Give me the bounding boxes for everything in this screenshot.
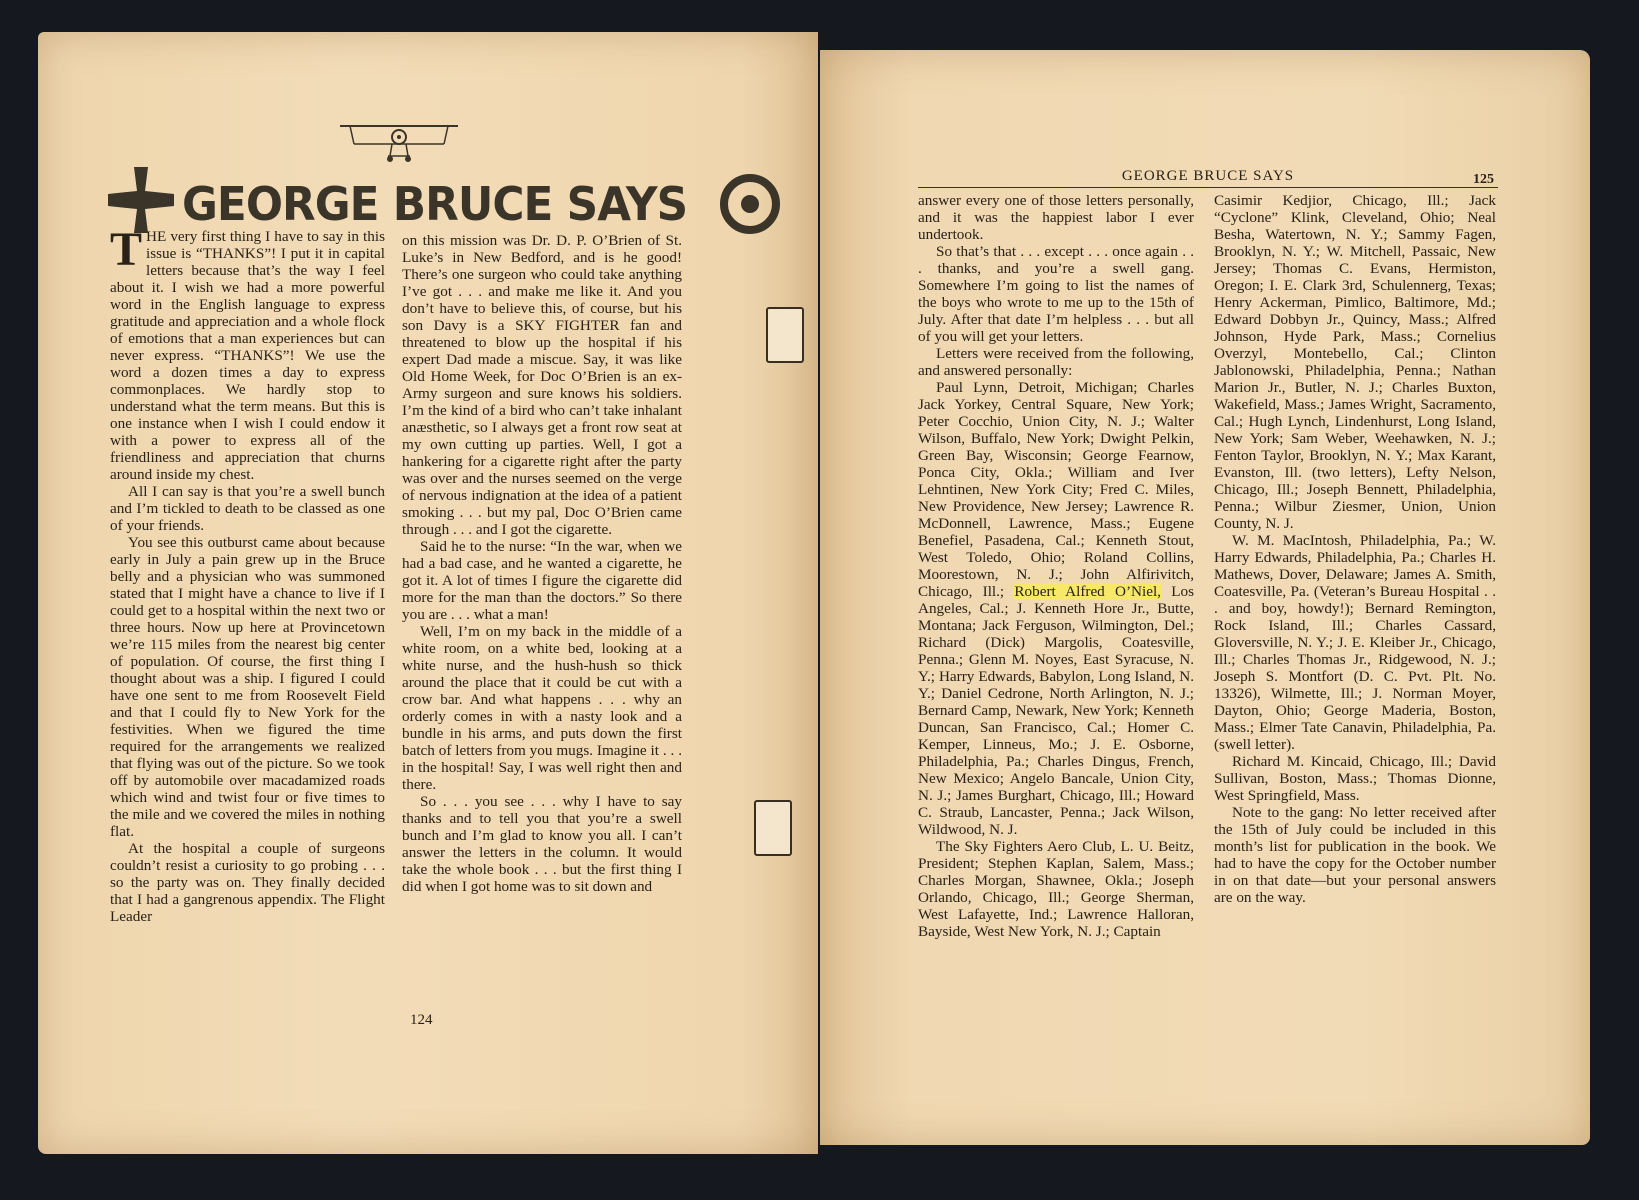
- paragraph: Note to the gang: No letter received aft…: [1214, 804, 1496, 906]
- paragraph: Letters were received from the following…: [918, 345, 1194, 379]
- running-head: GEORGE BRUCE SAYS: [918, 168, 1498, 188]
- paragraph: Said he to the nurse: “In the war, when …: [402, 538, 682, 623]
- drop-cap: T: [110, 230, 142, 270]
- right-page: GEORGE BRUCE SAYS 125 answer every one o…: [820, 50, 1590, 1145]
- page-number: 124: [410, 1012, 433, 1029]
- paragraph: So . . . you see . . . why I have to say…: [402, 793, 682, 895]
- paragraph: THE very first thing I have to say in th…: [110, 228, 385, 483]
- highlighted-name: Robert Alfred O’Niel,: [1014, 583, 1161, 600]
- open-magazine: GEORGE BRUCE SAYS THE very first thing I…: [38, 32, 1598, 1172]
- right-column-1: answer every one of those letters person…: [918, 192, 1194, 940]
- paragraph: So that’s that . . . except . . . once a…: [918, 243, 1194, 345]
- names-list: Richard M. Kincaid, Chicago, Ill.; David…: [1214, 753, 1496, 804]
- paragraph: answer every one of those letters person…: [918, 192, 1194, 243]
- names-list: W. M. MacIntosh, Philadelphia, Pa.; W. H…: [1214, 532, 1496, 753]
- staple: [766, 307, 804, 363]
- right-column-2: Casimir Kedjior, Chicago, Ill.; Jack “Cy…: [1214, 192, 1496, 906]
- roundel-icon: [720, 174, 780, 234]
- paragraph: on this mission was Dr. D. P. O’Brien of…: [402, 232, 682, 538]
- staple: [754, 800, 792, 856]
- page-number: 125: [1473, 172, 1494, 188]
- paragraph: Well, I’m on my back in the middle of a …: [402, 623, 682, 793]
- names-list: Casimir Kedjior, Chicago, Ill.; Jack “Cy…: [1214, 192, 1496, 532]
- left-column-2: on this mission was Dr. D. P. O’Brien of…: [402, 232, 682, 895]
- paragraph: At the hospital a couple of surgeons cou…: [110, 840, 385, 925]
- title-text: GEORGE BRUCE SAYS: [182, 177, 687, 231]
- paragraph: The Sky Fighters Aero Club, L. U. Beitz,…: [918, 838, 1194, 940]
- left-page: GEORGE BRUCE SAYS THE very first thing I…: [38, 32, 818, 1154]
- names-list: Paul Lynn, Detroit, Michigan; Charles Ja…: [918, 379, 1194, 838]
- paragraph: All I can say is that you’re a swell bun…: [110, 483, 385, 534]
- paragraph: You see this outburst came about because…: [110, 534, 385, 840]
- article-title: GEORGE BRUCE SAYS: [108, 152, 780, 237]
- left-column-1: THE very first thing I have to say in th…: [110, 228, 385, 925]
